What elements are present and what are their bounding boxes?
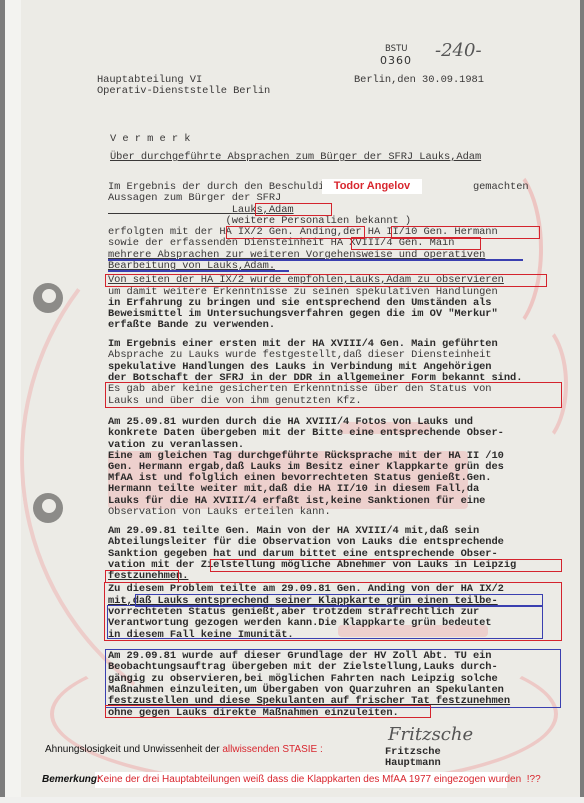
blue-box-criminal-liability	[107, 605, 543, 639]
red-box-ha-xviii4	[351, 237, 481, 250]
red-box-no-knowledge	[105, 382, 562, 408]
page-edge	[5, 0, 21, 797]
header-place-date: Berlin,den 30.09.1981	[354, 75, 484, 87]
red-box-no-direct-measures	[105, 705, 431, 718]
blue-box-observation-order	[105, 649, 561, 708]
document-title: V e r m e r k	[110, 134, 190, 146]
caption-highlight: allwissenden STASIE :	[222, 744, 322, 755]
handwritten-signature: Fritzsche	[388, 724, 473, 745]
archive-stamp-label: BSTU	[385, 44, 408, 54]
handwritten-page-number: -240-	[435, 40, 482, 61]
text-line: konkrete Daten übergeben mit der Bitte e…	[108, 428, 504, 440]
text-line: Hermann teilte weiter mit,daß die HA II/…	[108, 484, 479, 496]
blue-underline	[108, 270, 289, 272]
document-subject: Über durchgeführte Absprachen zum Bürger…	[110, 152, 481, 164]
archive-stamp-number: 0360	[380, 54, 412, 67]
remark-label: Bemerkung:	[42, 774, 100, 785]
caption-prefix: Ahnungslosigkeit und Unwissenheit der	[45, 744, 222, 755]
text-line: erfaßte Bande zu verwenden.	[108, 320, 275, 332]
remark-text: Keine der drei Hauptabteilungen weiß das…	[97, 774, 541, 785]
punch-hole-top	[33, 283, 63, 313]
header-office: Operativ-Dienststelle Berlin	[97, 86, 270, 98]
redaction-label: Todor Angelov	[322, 179, 422, 194]
red-box-recommendation	[105, 274, 547, 287]
red-box-ha-ix2	[226, 226, 365, 239]
text-line: Observation von Lauks erteilen kann.	[108, 507, 331, 519]
text-line: Abteilungsleiter für die Observation von…	[108, 537, 504, 549]
text-line: Absprache zu Lauks wurde festgestellt,da…	[108, 350, 492, 362]
red-box-objective	[210, 559, 562, 572]
signature-rank: Hauptmann	[385, 758, 441, 770]
page-bottom-margin	[0, 797, 584, 803]
blue-underline	[108, 259, 523, 261]
caption-annotation: Ahnungslosigkeit und Unwissenheit der al…	[45, 744, 323, 755]
red-box-name	[255, 203, 332, 216]
